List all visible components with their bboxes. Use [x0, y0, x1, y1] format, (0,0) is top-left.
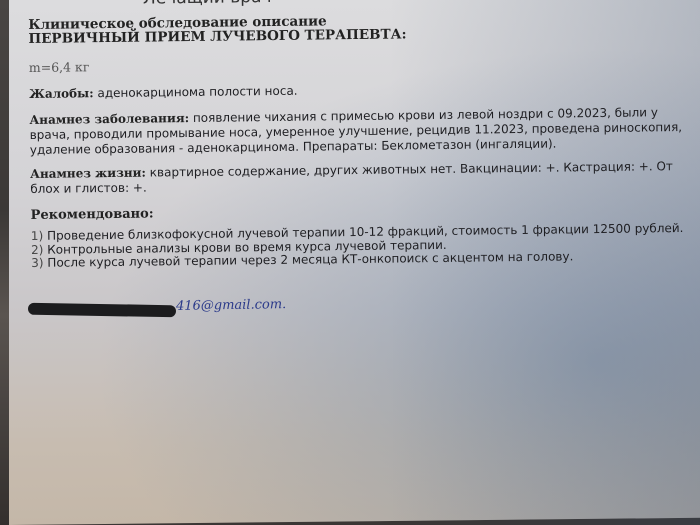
item-number: 3) [31, 256, 43, 270]
recommendations-list: 1) Проведение близкофокусной лучевой тер… [31, 222, 684, 270]
item-number: 2) [31, 242, 43, 256]
complaints-label: Жалобы: [29, 86, 94, 101]
anamnesis-life-label: Анамнез жизни: [30, 166, 146, 181]
recommended-heading: Рекомендовано: [31, 206, 154, 223]
handwritten-email: 416@gmail.com. [176, 297, 286, 314]
complaints-text: аденокарцинома полости носа. [94, 84, 298, 100]
patient-weight: m=6,4 кг [29, 59, 90, 75]
anamnesis-disease-label: Анамнез заболевания: [29, 111, 189, 127]
redaction-mark [28, 303, 176, 318]
anamnesis-disease-section: Анамнез заболевания: появление чихания с… [29, 105, 697, 158]
item-number: 1) [31, 229, 43, 243]
handwritten-contact: 416@gmail.com. [28, 298, 328, 328]
